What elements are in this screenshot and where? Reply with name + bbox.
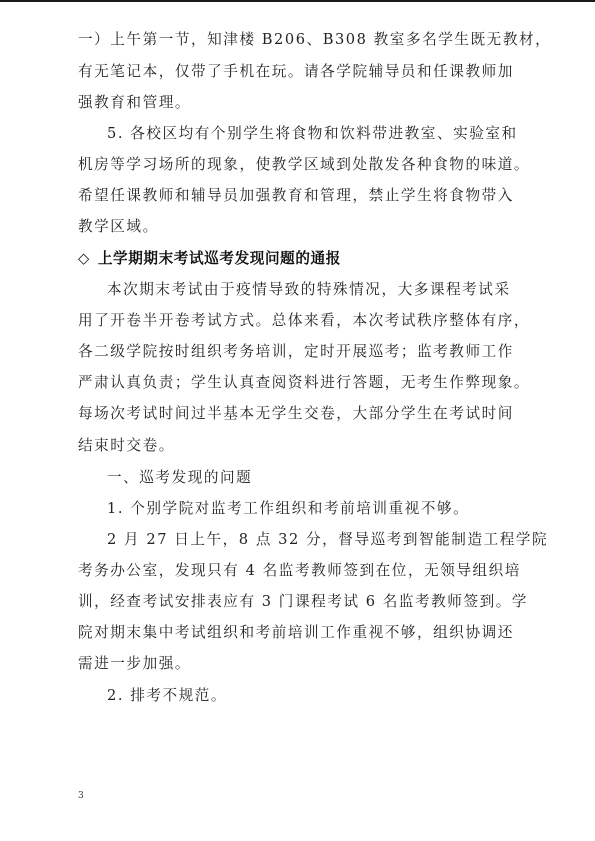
page-top-border xyxy=(0,0,595,2)
paragraph-line: 一）上午第一节，知津楼 B206、B308 教室多名学生既无教材， xyxy=(78,30,551,50)
section-heading: ◇上学期期末考试巡考发现问题的通报 xyxy=(78,249,341,269)
paragraph-line: 强教育和管理。 xyxy=(78,93,191,113)
paragraph-line: 各二级学院按时组织考务培训，定时开展巡考；监考教师工作 xyxy=(78,342,514,362)
list-item-line: 1. 个别学院对监考工作组织和考前培训重视不够。 xyxy=(107,499,469,519)
paragraph-line: 本次期末考试由于疫情导致的特殊情况，大多课程考试采 xyxy=(107,280,511,300)
paragraph-line: 每场次考试时间过半基本无学生交卷，大部分学生在考试时间 xyxy=(78,404,514,424)
subsection-title: 一、巡考发现的问题 xyxy=(107,468,252,488)
paragraph-line: 用了开卷半开卷考试方式。总体来看，本次考试秩序整体有序， xyxy=(78,311,530,331)
page-number: 3 xyxy=(78,791,84,801)
paragraph-line: 教学区域。 xyxy=(78,217,159,237)
paragraph-line: 结束时交卷。 xyxy=(78,436,175,456)
paragraph-line: 有无笔记本，仅带了手机在玩。请各学院辅导员和任课教师加 xyxy=(78,62,514,82)
paragraph-line: 机房等学习场所的现象，使教学区域到处散发各种食物的味道。 xyxy=(78,155,530,175)
list-item-line: 2. 排考不规范。 xyxy=(107,686,227,706)
list-item-line: 5. 各校区均有个别学生将食物和饮料带进教室、实验室和 xyxy=(107,124,518,144)
paragraph-line: 严肃认真负责；学生认真查阅资料进行答题，无考生作弊现象。 xyxy=(78,373,530,393)
paragraph-line: 希望任课教师和辅导员加强教育和管理，禁止学生将食物带入 xyxy=(78,186,514,206)
paragraph-line: 考务办公室，发现只有 4 名监考教师签到在位，无领导组织培 xyxy=(78,561,521,581)
section-heading-text: 上学期期末考试巡考发现问题的通报 xyxy=(98,250,341,267)
diamond-bullet-icon: ◇ xyxy=(78,249,90,269)
paragraph-line: 需进一步加强。 xyxy=(78,654,191,674)
paragraph-line: 2 月 27 日上午，8 点 32 分，督导巡考到智能制造工程学院 xyxy=(107,530,548,550)
paragraph-line: 训，经查考试安排表应有 3 门课程考试 6 名监考教师签到。学 xyxy=(78,592,528,612)
paragraph-line: 院对期末集中考试组织和考前培训工作重视不够，组织协调还 xyxy=(78,623,514,643)
